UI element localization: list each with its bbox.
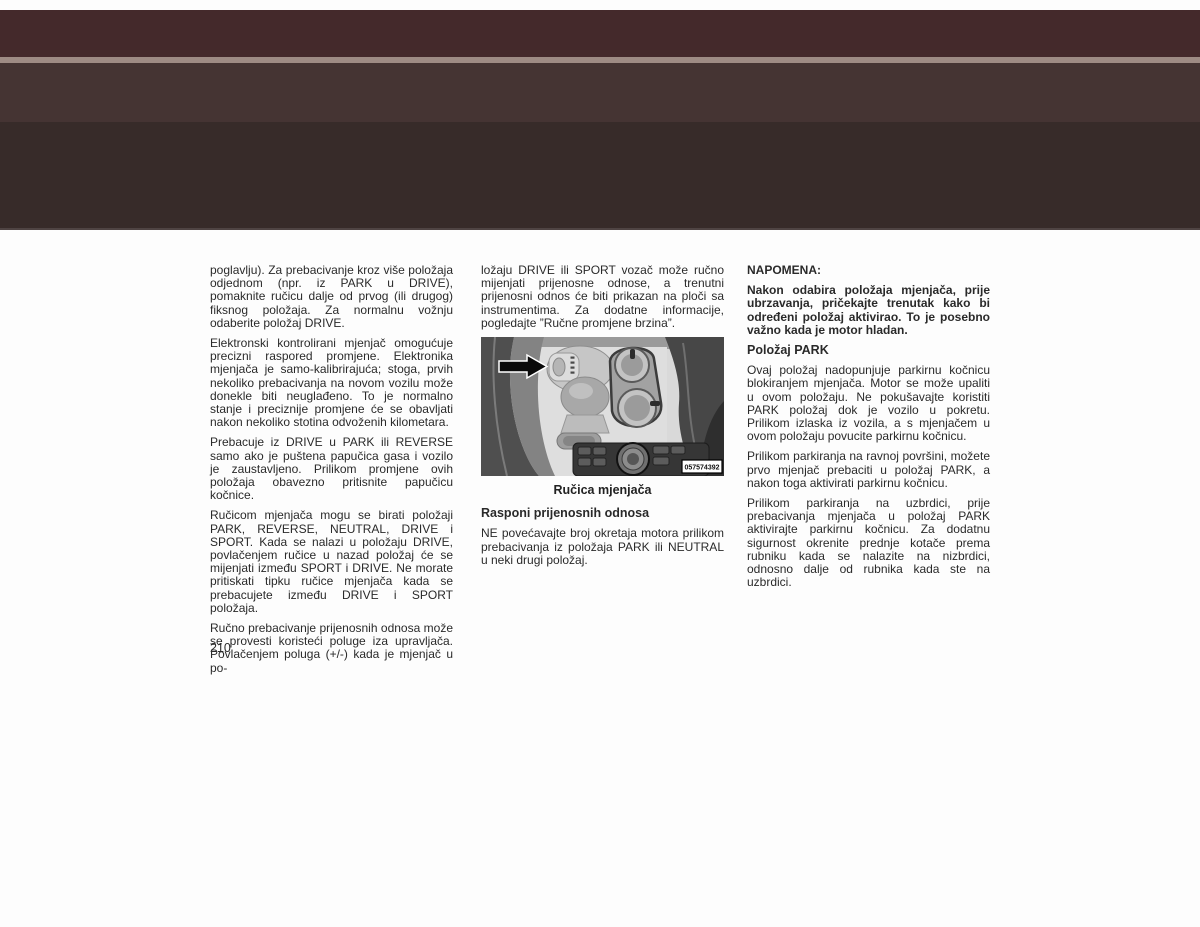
paragraph: Elektronski kontrolirani mjenjač omoguću… <box>210 337 453 429</box>
paragraph: Prilikom parkiranja na ravnoj površini, … <box>747 450 990 490</box>
panel-button <box>653 457 669 465</box>
panel-button <box>653 446 669 454</box>
cup-holder-tab <box>650 401 660 406</box>
panel-button <box>593 458 606 466</box>
shifter-boot <box>561 415 609 433</box>
section-heading-park-position: Položaj PARK <box>747 344 990 357</box>
gear-shifter-figure: 057574392 Ručica mjenjača <box>481 337 724 497</box>
paragraph: Ovaj položaj nadopunjuje parkirnu kočnic… <box>747 364 990 443</box>
gear-indicator-mark <box>571 367 575 369</box>
banner-bar-top <box>0 10 1200 57</box>
paragraph: ložaju DRIVE ili SPORT vozač može ručno … <box>481 264 724 330</box>
paragraph: poglavlju). Za prebacivanje kroz više po… <box>210 264 453 330</box>
banner-bar-bottom <box>0 122 1200 230</box>
paragraph: Ručicom mjenjača mogu se birati položaji… <box>210 509 453 615</box>
page-number: 210 <box>210 641 231 655</box>
panel-button <box>578 447 591 455</box>
cup-holder-rear-inner <box>624 395 650 421</box>
cup-holder-tab <box>630 349 635 359</box>
column-left: poglavlju). Za prebacivanje kroz više po… <box>210 264 453 682</box>
shifter-knob-highlight <box>569 383 593 399</box>
gear-indicator-mark <box>571 357 575 359</box>
column-middle: ložaju DRIVE ili SPORT vozač može ručno … <box>481 264 724 574</box>
paragraph: Prilikom parkiranja na uzbrdici, prije p… <box>747 497 990 589</box>
column-right: NAPOMENA: Nakon odabira položaja mjenjač… <box>747 264 990 596</box>
banner-bar-middle <box>0 63 1200 122</box>
gear-indicator-mark <box>571 362 575 364</box>
gear-indicator-mark <box>571 372 575 374</box>
shifter-unlock-button <box>553 358 565 376</box>
paragraph: NE povećavajte broj okretaja motora pril… <box>481 527 724 567</box>
gear-shifter-illustration: 057574392 <box>481 337 724 476</box>
section-heading-gear-ranges: Rasponi prijenosnih odnosa <box>481 507 724 520</box>
panel-button <box>671 446 685 454</box>
note-paragraph: Nakon odabira položaja mjenjača, prije u… <box>747 284 990 337</box>
paragraph: Ručno prebacivanje prijenosnih odnosa mo… <box>210 622 453 675</box>
paragraph: Prebacuje iz DRIVE u PARK ili REVERSE sa… <box>210 436 453 502</box>
rotary-knob-center <box>627 453 639 465</box>
panel-button <box>593 447 606 455</box>
note-label: NAPOMENA: <box>747 264 990 277</box>
part-number-label: 057574392 <box>684 465 719 472</box>
figure-caption: Ručica mjenjača <box>481 484 724 497</box>
panel-button <box>578 458 591 466</box>
